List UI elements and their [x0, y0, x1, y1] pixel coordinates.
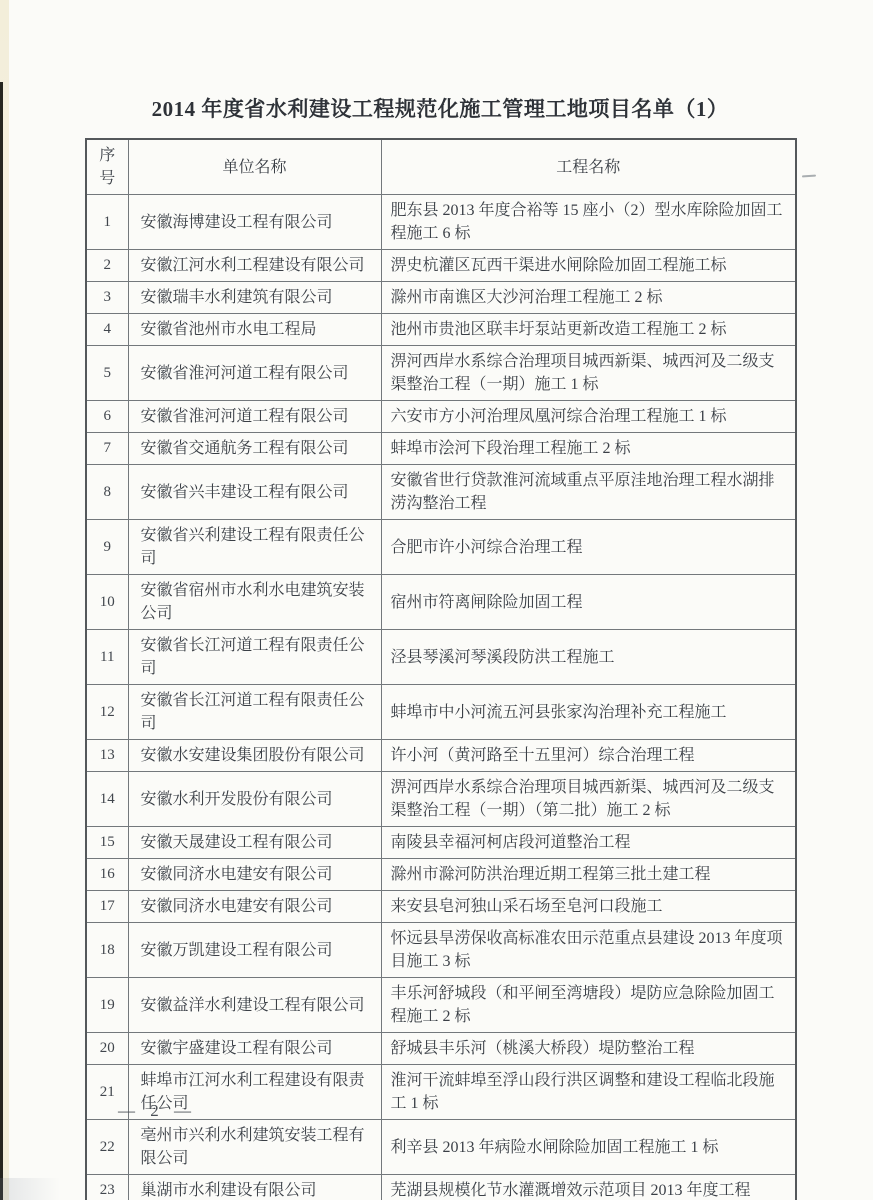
table-row: 13 安徽水安建设集团股份有限公司 许小河（黄河路至十五里河）综合治理工程 [86, 740, 796, 772]
row-index-cell: 2 [86, 250, 128, 282]
row-index-cell: 11 [86, 630, 128, 685]
unit-name-cell: 安徽天晟建设工程有限公司 [128, 827, 381, 859]
unit-name-cell: 安徽江河水利工程建设有限公司 [128, 250, 381, 282]
table-row: 20 安徽宇盛建设工程有限公司 舒城县丰乐河（桃溪大桥段）堤防整治工程 [86, 1033, 796, 1065]
unit-name-cell: 安徽宇盛建设工程有限公司 [128, 1033, 381, 1065]
scan-corner-shade [0, 1178, 60, 1200]
row-index-cell: 15 [86, 827, 128, 859]
project-name-cell: 蚌埠市中小河流五河县张家沟治理补充工程施工 [381, 685, 796, 740]
unit-name-cell: 安徽省淮河河道工程有限公司 [128, 346, 381, 401]
row-index-cell: 17 [86, 891, 128, 923]
project-name-cell: 舒城县丰乐河（桃溪大桥段）堤防整治工程 [381, 1033, 796, 1065]
project-name-cell: 南陵县幸福河柯店段河道整治工程 [381, 827, 796, 859]
row-index-cell: 16 [86, 859, 128, 891]
table-row: 23 巢湖市水利建设有限公司 芜湖县规模化节水灌溉增效示范项目 2013 年度工… [86, 1175, 796, 1200]
row-index-cell: 1 [86, 195, 128, 250]
unit-name-cell: 亳州市兴利水利建筑安装工程有限公司 [128, 1120, 381, 1175]
document-title: 2014 年度省水利建设工程规范化施工管理工地项目名单（1） [85, 93, 795, 123]
row-index-cell: 14 [86, 772, 128, 827]
table-row: 1 安徽海博建设工程有限公司 肥东县 2013 年度合裕等 15 座小（2）型水… [86, 195, 796, 250]
projects-table: 序号 单位名称 工程名称 1 安徽海博建设工程有限公司 肥东县 2013 年度合… [85, 138, 797, 1200]
unit-name-cell: 安徽省池州市水电工程局 [128, 314, 381, 346]
table-row: 9 安徽省兴利建设工程有限责任公司 合肥市许小河综合治理工程 [86, 520, 796, 575]
project-name-cell: 滁州市南谯区大沙河治理工程施工 2 标 [381, 282, 796, 314]
scan-edge-line [0, 82, 3, 1200]
project-name-cell: 六安市方小河治理凤凰河综合治理工程施工 1 标 [381, 401, 796, 433]
row-index-cell: 22 [86, 1120, 128, 1175]
col-header-unit: 单位名称 [128, 139, 381, 195]
unit-name-cell: 安徽省兴丰建设工程有限公司 [128, 465, 381, 520]
project-name-cell: 来安县皂河独山采石场至皂河口段施工 [381, 891, 796, 923]
table-row: 4 安徽省池州市水电工程局 池州市贵池区联丰圩泵站更新改造工程施工 2 标 [86, 314, 796, 346]
page-number: — 2 — [118, 1101, 192, 1121]
scanned-page: 2014 年度省水利建设工程规范化施工管理工地项目名单（1） 序号 单位名称 工… [0, 0, 873, 1200]
table-row: 7 安徽省交通航务工程有限公司 蚌埠市浍河下段治理工程施工 2 标 [86, 433, 796, 465]
unit-name-cell: 安徽省兴利建设工程有限责任公司 [128, 520, 381, 575]
project-name-cell: 淠史杭灌区瓦西干渠进水闸除险加固工程施工标 [381, 250, 796, 282]
project-name-cell: 泾县琴溪河琴溪段防洪工程施工 [381, 630, 796, 685]
row-index-cell: 8 [86, 465, 128, 520]
table-row: 19 安徽益洋水利建设工程有限公司 丰乐河舒城段（和平闸至湾塘段）堤防应急除险加… [86, 978, 796, 1033]
row-index-cell: 7 [86, 433, 128, 465]
table-row: 12 安徽省长江河道工程有限责任公司 蚌埠市中小河流五河县张家沟治理补充工程施工 [86, 685, 796, 740]
row-index-cell: 9 [86, 520, 128, 575]
project-name-cell: 许小河（黄河路至十五里河）综合治理工程 [381, 740, 796, 772]
row-index-cell: 13 [86, 740, 128, 772]
project-name-cell: 蚌埠市浍河下段治理工程施工 2 标 [381, 433, 796, 465]
row-index-cell: 6 [86, 401, 128, 433]
table-row: 6 安徽省淮河河道工程有限公司 六安市方小河治理凤凰河综合治理工程施工 1 标 [86, 401, 796, 433]
project-name-cell: 淠河西岸水系综合治理项目城西新渠、城西河及二级支渠整治工程（一期）（第二批）施工… [381, 772, 796, 827]
row-index-cell: 5 [86, 346, 128, 401]
table-row: 16 安徽同济水电建安有限公司 滁州市滁河防洪治理近期工程第三批土建工程 [86, 859, 796, 891]
table-row: 17 安徽同济水电建安有限公司 来安县皂河独山采石场至皂河口段施工 [86, 891, 796, 923]
unit-name-cell: 安徽瑞丰水利建筑有限公司 [128, 282, 381, 314]
table-row: 10 安徽省宿州市水利水电建筑安装公司 宿州市符离闸除险加固工程 [86, 575, 796, 630]
unit-name-cell: 安徽益洋水利建设工程有限公司 [128, 978, 381, 1033]
unit-name-cell: 安徽水安建设集团股份有限公司 [128, 740, 381, 772]
table-row: 11 安徽省长江河道工程有限责任公司 泾县琴溪河琴溪段防洪工程施工 [86, 630, 796, 685]
unit-name-cell: 安徽省淮河河道工程有限公司 [128, 401, 381, 433]
table-row: 8 安徽省兴丰建设工程有限公司 安徽省世行贷款淮河流域重点平原洼地治理工程水湖排… [86, 465, 796, 520]
table-row: 3 安徽瑞丰水利建筑有限公司 滁州市南谯区大沙河治理工程施工 2 标 [86, 282, 796, 314]
table-row: 5 安徽省淮河河道工程有限公司 淠河西岸水系综合治理项目城西新渠、城西河及二级支… [86, 346, 796, 401]
project-name-cell: 合肥市许小河综合治理工程 [381, 520, 796, 575]
project-name-cell: 利辛县 2013 年病险水闸除险加固工程施工 1 标 [381, 1120, 796, 1175]
row-index-cell: 4 [86, 314, 128, 346]
unit-name-cell: 安徽同济水电建安有限公司 [128, 859, 381, 891]
project-name-cell: 宿州市符离闸除险加固工程 [381, 575, 796, 630]
table-row: 22 亳州市兴利水利建筑安装工程有限公司 利辛县 2013 年病险水闸除险加固工… [86, 1120, 796, 1175]
unit-name-cell: 安徽省长江河道工程有限责任公司 [128, 630, 381, 685]
unit-name-cell: 安徽海博建设工程有限公司 [128, 195, 381, 250]
table-row: 21 蚌埠市江河水利工程建设有限责任公司 淮河干流蚌埠至浮山段行洪区调整和建设工… [86, 1065, 796, 1120]
unit-name-cell: 安徽同济水电建安有限公司 [128, 891, 381, 923]
project-name-cell: 滁州市滁河防洪治理近期工程第三批土建工程 [381, 859, 796, 891]
project-name-cell: 怀远县旱涝保收高标准农田示范重点县建设 2013 年度项目施工 3 标 [381, 923, 796, 978]
table-row: 15 安徽天晟建设工程有限公司 南陵县幸福河柯店段河道整治工程 [86, 827, 796, 859]
unit-name-cell: 安徽水利开发股份有限公司 [128, 772, 381, 827]
unit-name-cell: 安徽省长江河道工程有限责任公司 [128, 685, 381, 740]
project-name-cell: 池州市贵池区联丰圩泵站更新改造工程施工 2 标 [381, 314, 796, 346]
unit-name-cell: 安徽省宿州市水利水电建筑安装公司 [128, 575, 381, 630]
unit-name-cell: 巢湖市水利建设有限公司 [128, 1175, 381, 1200]
stray-pen-mark [802, 175, 816, 178]
row-index-cell: 12 [86, 685, 128, 740]
row-index-cell: 23 [86, 1175, 128, 1200]
table-body: 1 安徽海博建设工程有限公司 肥东县 2013 年度合裕等 15 座小（2）型水… [86, 195, 796, 1200]
header-row: 序号 单位名称 工程名称 [86, 139, 796, 195]
table-row: 14 安徽水利开发股份有限公司 淠河西岸水系综合治理项目城西新渠、城西河及二级支… [86, 772, 796, 827]
unit-name-cell: 安徽万凯建设工程有限公司 [128, 923, 381, 978]
table-row: 2 安徽江河水利工程建设有限公司 淠史杭灌区瓦西干渠进水闸除险加固工程施工标 [86, 250, 796, 282]
table-header: 序号 单位名称 工程名称 [86, 139, 796, 195]
project-name-cell: 肥东县 2013 年度合裕等 15 座小（2）型水库除险加固工程施工 6 标 [381, 195, 796, 250]
unit-name-cell: 安徽省交通航务工程有限公司 [128, 433, 381, 465]
row-index-cell: 20 [86, 1033, 128, 1065]
row-index-cell: 3 [86, 282, 128, 314]
project-name-cell: 淮河干流蚌埠至浮山段行洪区调整和建设工程临北段施工 1 标 [381, 1065, 796, 1120]
row-index-cell: 18 [86, 923, 128, 978]
table-row: 18 安徽万凯建设工程有限公司 怀远县旱涝保收高标准农田示范重点县建设 2013… [86, 923, 796, 978]
row-index-cell: 10 [86, 575, 128, 630]
col-header-index: 序号 [86, 139, 128, 195]
row-index-cell: 19 [86, 978, 128, 1033]
project-name-cell: 淠河西岸水系综合治理项目城西新渠、城西河及二级支渠整治工程（一期）施工 1 标 [381, 346, 796, 401]
project-name-cell: 芜湖县规模化节水灌溉增效示范项目 2013 年度工程 [381, 1175, 796, 1200]
col-header-project: 工程名称 [381, 139, 796, 195]
project-name-cell: 丰乐河舒城段（和平闸至湾塘段）堤防应急除险加固工程施工 2 标 [381, 978, 796, 1033]
project-name-cell: 安徽省世行贷款淮河流域重点平原洼地治理工程水湖排涝沟整治工程 [381, 465, 796, 520]
